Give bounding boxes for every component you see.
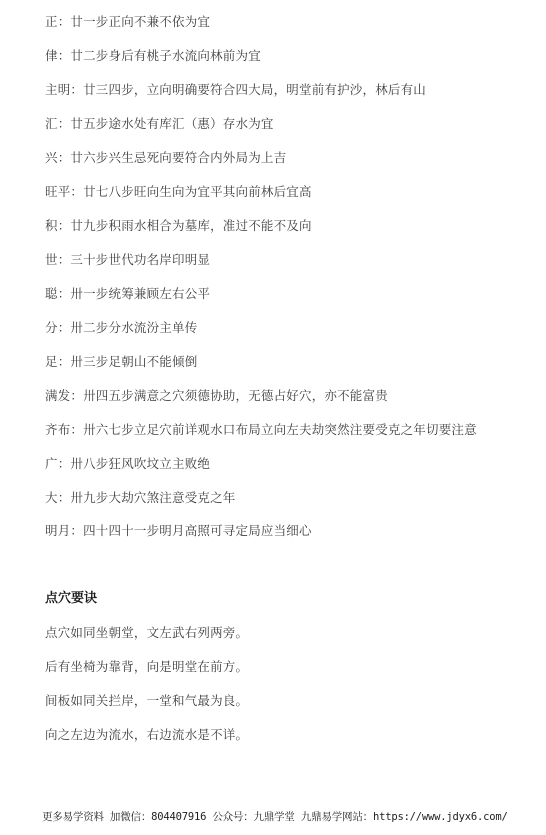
step-text: 廿二步身后有桃子水流向林前为宜 — [70, 48, 261, 63]
step-text: 廿三四步，立向明确要符合四大局，明堂前有护沙，林后有山 — [83, 82, 426, 97]
section-title: 点穴要诀 — [45, 591, 97, 607]
step-label: 正： — [45, 14, 70, 29]
step-label: 旺平： — [45, 184, 83, 199]
step-label: 积： — [45, 218, 70, 233]
verse-line: 点穴如同坐朝堂，文左武右列两旁。 — [45, 625, 248, 641]
step-line: 聪：卅一步统筹兼顾左右公平 — [45, 286, 210, 302]
step-label: 兴： — [45, 150, 70, 165]
step-text: 卅一步统筹兼顾左右公平 — [70, 286, 210, 301]
step-label: 世： — [45, 252, 70, 267]
step-line: 侓：廿二步身后有桃子水流向林前为宜 — [45, 48, 261, 64]
step-line: 齐布：卅六七步立足穴前详观水口布局立向左夫劫突然注要受克之年切要注意 — [45, 422, 477, 438]
step-text: 廿一步正向不兼不依为宜 — [70, 14, 210, 29]
step-label: 大： — [45, 490, 70, 505]
verse-line: 间板如同关拦岸，一堂和气最为良。 — [45, 693, 248, 709]
step-label: 满发： — [45, 388, 83, 403]
step-text: 卅八步狂风吹坟立主败绝 — [70, 456, 210, 471]
step-line: 分：卅二步分水流汾主单传 — [45, 320, 197, 336]
step-label: 分： — [45, 320, 70, 335]
step-text: 卅三步足朝山不能倾倒 — [70, 354, 197, 369]
step-text: 廿六步兴生忌死向要符合内外局为上吉 — [70, 150, 286, 165]
verse-line: 向之左边为流水，右边流水是不详。 — [45, 727, 248, 743]
step-text: 卅六七步立足穴前详观水口布局立向左夫劫突然注要受克之年切要注意 — [83, 422, 477, 437]
step-text: 卅四五步满意之穴须德协助，无德占好穴，亦不能富贵 — [83, 388, 388, 403]
step-label: 齐布： — [45, 422, 83, 437]
step-line: 正：廿一步正向不兼不依为宜 — [45, 14, 210, 30]
step-label: 广： — [45, 456, 70, 471]
step-label: 主明： — [45, 82, 83, 97]
step-label: 聪： — [45, 286, 70, 301]
step-line: 汇：廿五步途水处有库汇（惠）存水为宜 — [45, 116, 274, 132]
step-line: 广：卅八步狂风吹坟立主败绝 — [45, 456, 210, 472]
step-label: 明月： — [45, 523, 83, 538]
step-line: 明月：四十四十一步明月高照可寻定局应当细心 — [45, 523, 312, 539]
step-text: 四十四十一步明月高照可寻定局应当细心 — [83, 523, 312, 538]
step-text: 廿五步途水处有库汇（惠）存水为宜 — [70, 116, 273, 131]
step-label: 侓： — [45, 48, 70, 63]
step-line: 主明：廿三四步，立向明确要符合四大局，明堂前有护沙，林后有山 — [45, 82, 426, 98]
verse-line: 后有坐椅为靠背，向是明堂在前方。 — [45, 659, 248, 675]
step-label: 汇： — [45, 116, 70, 131]
step-line: 足：卅三步足朝山不能倾倒 — [45, 354, 197, 370]
step-line: 满发：卅四五步满意之穴须德协助，无德占好穴，亦不能富贵 — [45, 388, 388, 404]
step-text: 卅二步分水流汾主单传 — [70, 320, 197, 335]
step-label: 足： — [45, 354, 70, 369]
step-line: 旺平：廿七八步旺向生向为宜平其向前林后宜高 — [45, 184, 312, 200]
step-line: 世：三十步世代功名岸印明显 — [45, 252, 210, 268]
step-text: 廿九步积雨水相合为墓库，准过不能不及向 — [70, 218, 311, 233]
step-line: 积：廿九步积雨水相合为墓库，准过不能不及向 — [45, 218, 312, 234]
footer-note: 更多易学资料 加微信：804407916 公众号：九鼎学堂 九鼎易学网站：htt… — [42, 810, 508, 824]
step-text: 廿七八步旺向生向为宜平其向前林后宜高 — [83, 184, 312, 199]
step-text: 三十步世代功名岸印明显 — [70, 252, 210, 267]
step-line: 大：卅九步大劫穴煞注意受克之年 — [45, 490, 236, 506]
step-line: 兴：廿六步兴生忌死向要符合内外局为上吉 — [45, 150, 286, 166]
step-text: 卅九步大劫穴煞注意受克之年 — [70, 490, 235, 505]
